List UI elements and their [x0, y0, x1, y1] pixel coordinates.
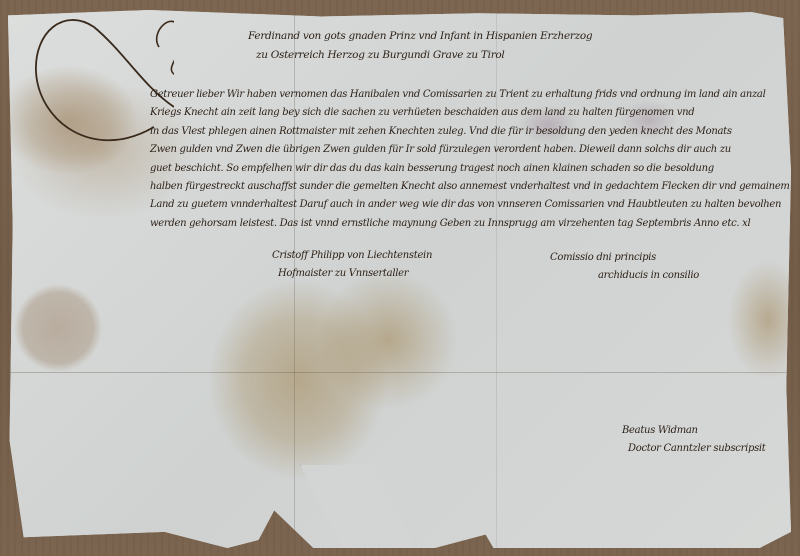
body-line-7: Land zu guetem vnnderhaltest Daruf auch …	[150, 196, 790, 214]
signature-right-line-1: Comissio dni principis	[550, 252, 656, 263]
bottom-right-note-line-1: Beatus Widman	[622, 425, 698, 436]
signature-left-line-1: Cristoff Philipp von Liechtenstein	[272, 250, 432, 261]
heading-line-1: Ferdinand von gots gnaden Prinz vnd Infa…	[248, 30, 592, 42]
body-line-3: in das Vlest phlegen ainen Rottmaister m…	[150, 123, 790, 141]
signature-left-line-2: Hofmaister zu Vnnsertaller	[278, 268, 408, 279]
document-body: Getreuer lieber Wir haben vernomen das H…	[150, 86, 790, 233]
body-line-4: Zwen gulden vnd Zwen die übrigen Zwen gu…	[150, 141, 790, 159]
heading-line-2: zu Osterreich Herzog zu Burgundi Grave z…	[256, 49, 505, 61]
body-line-5: guet beschicht. So empfelhen wir dir das…	[150, 160, 790, 178]
signature-right-line-2: archiducis in consilio	[598, 270, 699, 281]
body-line-8: werden gehorsam leistest. Das ist vnnd e…	[150, 215, 790, 233]
body-line-6: halben fürgestreckt auschaffst sunder di…	[150, 178, 790, 196]
body-line-1: Getreuer lieber Wir haben vernomen das H…	[150, 86, 790, 104]
bottom-right-note-line-2: Doctor Canntzler subscripsit	[628, 443, 766, 454]
body-line-2: Kriegs Knecht ain zeit lang bey sich die…	[150, 104, 790, 122]
horizontal-fold-line	[8, 372, 791, 373]
torn-paper-flap	[300, 465, 421, 556]
